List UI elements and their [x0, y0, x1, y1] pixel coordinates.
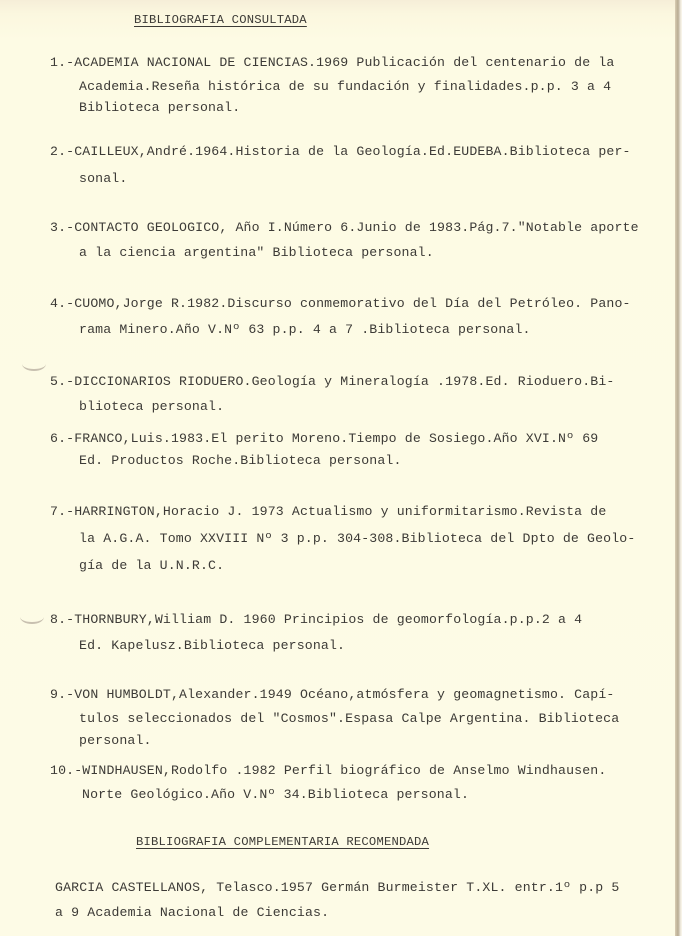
entry-line: Biblioteca personal. — [79, 100, 240, 116]
entry-line: 6.-FRANCO,Luis.1983.El perito Moreno.Tie… — [50, 431, 598, 447]
heading-recommended: BIBLIOGRAFIA COMPLEMENTARIA RECOMENDADA — [136, 834, 429, 850]
entry-line: 7.-HARRINGTON,Horacio J. 1973 Actualismo… — [50, 504, 606, 520]
entry-line: Norte Geológico.Año V.Nº 34.Biblioteca p… — [82, 787, 469, 803]
entry-line: 3.-CONTACTO GEOLOGICO, Año I.Número 6.Ju… — [50, 220, 639, 236]
entry-line: la A.G.A. Tomo XXVIII Nº 3 p.p. 304-308.… — [79, 531, 635, 547]
entry-line: blioteca personal. — [79, 399, 224, 415]
entry-line: 8.-THORNBURY,William D. 1960 Principios … — [50, 612, 582, 628]
entry-line: 1.-ACADEMIA NACIONAL DE CIENCIAS.1969 Pu… — [50, 55, 614, 71]
entry-line: sonal. — [79, 171, 127, 187]
entry-line: Academia.Reseña histórica de su fundació… — [79, 79, 611, 95]
entry-line: 4.-CUOMO,Jorge R.1982.Discurso conmemora… — [50, 296, 631, 312]
entry-line: a la ciencia argentina" Biblioteca perso… — [79, 245, 434, 261]
typewritten-page: BIBLIOGRAFIA CONSULTADA 1.-ACADEMIA NACI… — [0, 0, 675, 936]
entry-line: 9.-VON HUMBOLDT,Alexander.1949 Océano,at… — [50, 687, 614, 703]
entry-line: 5.-DICCIONARIOS RIODUERO.Geología y Mine… — [50, 374, 614, 390]
entry-line: tulos seleccionados del "Cosmos".Espasa … — [79, 711, 619, 727]
entry-line: GARCIA CASTELLANOS, Telasco.1957 Germán … — [55, 880, 619, 896]
entry-line: Ed. Productos Roche.Biblioteca personal. — [79, 453, 402, 469]
entry-line: Ed. Kapelusz.Biblioteca personal. — [79, 638, 345, 654]
entry-line: a 9 Academia Nacional de Ciencias. — [55, 905, 329, 921]
entry-line: 10.-WINDHAUSEN,Rodolfo .1982 Perfil biog… — [50, 763, 606, 779]
heading-consulted: BIBLIOGRAFIA CONSULTADA — [134, 12, 307, 28]
page-edge-shadow — [675, 0, 682, 936]
paper-mark — [20, 610, 44, 624]
entry-line: gía de la U.N.R.C. — [79, 558, 224, 574]
entry-line: 2.-CAILLEUX,André.1964.Historia de la Ge… — [50, 144, 631, 160]
entry-line: personal. — [79, 733, 152, 749]
paper-mark — [22, 357, 46, 371]
entry-line: rama Minero.Año V.Nº 63 p.p. 4 a 7 .Bibl… — [79, 322, 531, 338]
